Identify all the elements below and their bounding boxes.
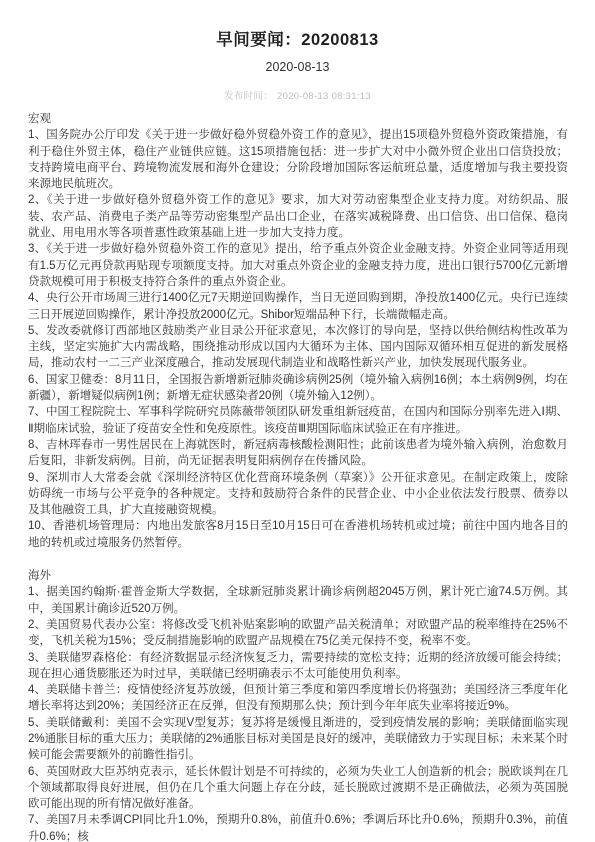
news-item: 3、美联储罗森格伦：有经济数据显示经济恢复乏力，需要持续的宽松支持；近期的经济放… — [28, 650, 568, 683]
publish-time: 发布时间：2020-08-13 08:31:13 — [0, 91, 595, 102]
section-0: 宏观1、国务院办公厅印发《关于进一步做好稳外贸稳外资工作的意见》，提出15项稳外… — [28, 111, 568, 551]
document-date: 2020-08-13 — [0, 60, 595, 74]
news-item: 7、美国7月未季调CPI同比升1.0%，预期升0.8%，前值升0.6%；季调后环… — [28, 812, 568, 842]
document-body: 宏观1、国务院办公厅印发《关于进一步做好稳外贸稳外资工作的意见》，提出15项稳外… — [0, 111, 595, 842]
news-item: 8、吉林珲春市一男性居民在上海就医时，新冠病毒核酸检测阳性；此前该患者为境外输入… — [28, 437, 568, 470]
news-item: 2、美国贸易代表办公室：将修改受飞机补贴案影响的欧盟产品关税清单；对欧盟产品的税… — [28, 617, 568, 650]
news-item: 9、深圳市人大常委会就《深圳经济特区优化营商环境条例（草案）》公开征求意见。在制… — [28, 470, 568, 519]
section-heading: 海外 — [28, 568, 568, 584]
news-item: 6、英国财政大臣苏纳克表示，延长休假计划是不可持续的，必须为失业工人创造新的机会… — [28, 764, 568, 813]
document-header: 早间要闻：20200813 2020-08-13 发布时间：2020-08-13… — [0, 0, 595, 102]
news-item: 4、央行公开市场周三进行1400亿元7天期逆回购操作，当日无逆回购到期，净投放1… — [28, 290, 568, 323]
section-heading: 宏观 — [28, 111, 568, 127]
news-item: 1、国务院办公厅印发《关于进一步做好稳外贸稳外资工作的意见》，提出15项稳外贸稳… — [28, 127, 568, 192]
document-page: 早间要闻：20200813 2020-08-13 发布时间：2020-08-13… — [0, 0, 595, 842]
news-item: 7、中国工程院院士、军事科学院研究员陈薇带领团队研发重组新冠疫苗，在国内和国际分… — [28, 404, 568, 437]
news-item: 1、据美国约翰斯·霍普金斯大学数据，全球新冠肺炎累计确诊病例超2045万例，累计… — [28, 584, 568, 617]
sections: 宏观1、国务院办公厅印发《关于进一步做好稳外贸稳外资工作的意见》，提出15项稳外… — [28, 111, 568, 842]
publish-time-value: 2020-08-13 08:31:13 — [277, 91, 371, 102]
news-item: 5、发改委就修订西部地区鼓励类产业目录公开征求意见，本次修订的导向是，坚持以供给… — [28, 323, 568, 372]
news-item: 6、国家卫健委：8月11日，全国报告新增新冠肺炎确诊病例25例（境外输入病例16… — [28, 372, 568, 405]
document-title: 早间要闻：20200813 — [0, 31, 595, 49]
publish-time-label: 发布时间： — [224, 91, 273, 102]
news-item: 4、美联储卡普兰：疫情使经济复苏放缓，但预计第三季度和第四季度增长仍将强劲；美国… — [28, 682, 568, 715]
news-item: 3、《关于进一步做好稳外贸稳外资工作的意见》提出，给予重点外资企业金融支持。外资… — [28, 241, 568, 290]
news-item: 10、香港机场管理局：内地出发旅客8月15日至10月15日可在香港机场转机或过境… — [28, 518, 568, 551]
news-item: 5、美联储戴利：美国不会实现V型复苏；复苏将是缓慢且渐进的，受到疫情发展的影响；… — [28, 715, 568, 764]
section-1: 海外1、据美国约翰斯·霍普金斯大学数据，全球新冠肺炎累计确诊病例超2045万例，… — [28, 568, 568, 842]
news-item: 2、《关于进一步做好稳外贸稳外资工作的意见》要求，加大对劳动密集型企业支持力度。… — [28, 192, 568, 241]
